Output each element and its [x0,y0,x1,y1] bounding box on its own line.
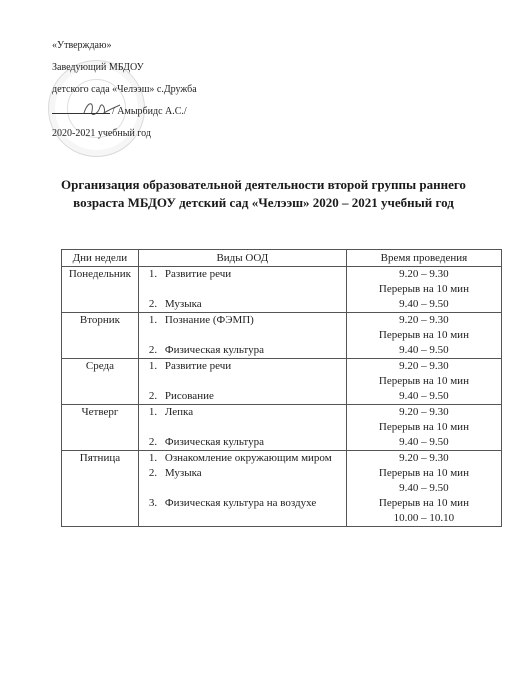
activity-number: 3. [149,496,165,511]
activity-name: Рисование [165,389,346,404]
signature-underline [52,103,110,114]
activity-number: 2. [149,466,165,481]
activity-name: Развитие речи [165,359,346,374]
document-title-line-1: Организация образовательной деятельности… [0,176,527,194]
break-label: Перерыв на 10 мин [347,496,501,511]
activity-list: 1.Лепка2.Физическая культура [139,405,346,450]
spacer [139,282,346,297]
activity-item: 1.Лепка [139,405,346,420]
activity-number: 1. [149,359,165,374]
table-row: Пятница1.Ознакомление окружающим миром2.… [62,451,502,527]
time-slot: 9.40 – 9.50 [347,435,501,450]
time-slot: 9.20 – 9.30 [347,359,501,374]
table-row: Вторник1.Познание (ФЭМП)2.Физическая кул… [62,313,502,359]
activity-number: 2. [149,343,165,358]
activity-name: Физическая культура [165,343,346,358]
day-cell: Пятница [62,451,139,527]
activity-item: 2.Рисование [139,389,346,404]
activities-cell: 1.Лепка2.Физическая культура [138,405,346,451]
activity-item: 1.Познание (ФЭМП) [139,313,346,328]
activity-item: 1.Ознакомление окружающим миром [139,451,346,466]
activity-item: 1.Развитие речи [139,267,346,282]
day-cell: Четверг [62,405,139,451]
approval-heading: «Утверждаю» [52,35,197,57]
approval-signatory: / Амырбидс А.С./ [112,106,187,117]
spacer [139,481,346,496]
table-row: Среда1.Развитие речи2.Рисование9.20 – 9.… [62,359,502,405]
activity-name: Познание (ФЭМП) [165,313,346,328]
activity-name: Ознакомление окружающим миром [165,451,346,466]
time-cell: 9.20 – 9.30Перерыв на 10 мин9.40 – 9.50 [346,267,501,313]
header-activities: Виды ООД [138,250,346,267]
time-slot: 9.20 – 9.30 [347,451,501,466]
time-cell: 9.20 – 9.30Перерыв на 10 мин9.40 – 9.50П… [346,451,501,527]
schedule-table: Дни недели Виды ООД Время проведения Пон… [61,249,502,527]
time-slot: 9.40 – 9.50 [347,481,501,496]
activity-number: 1. [149,405,165,420]
activity-list: 1.Развитие речи2.Музыка [139,267,346,312]
activity-number: 1. [149,267,165,282]
activities-cell: 1.Познание (ФЭМП)2.Физическая культура [138,313,346,359]
table-row: Четверг1.Лепка2.Физическая культура9.20 … [62,405,502,451]
activity-name: Физическая культура [165,435,346,450]
spacer [139,374,346,389]
time-cell: 9.20 – 9.30Перерыв на 10 мин9.40 – 9.50 [346,313,501,359]
activity-name: Развитие речи [165,267,346,282]
activity-name: Лепка [165,405,346,420]
spacer [139,328,346,343]
day-cell: Вторник [62,313,139,359]
time-slot: 9.20 – 9.30 [347,405,501,420]
table-row: Понедельник1.Развитие речи2.Музыка9.20 –… [62,267,502,313]
break-label: Перерыв на 10 мин [347,282,501,297]
activities-cell: 1.Развитие речи2.Рисование [138,359,346,405]
approval-year: 2020-2021 учебный год [52,123,197,145]
activities-cell: 1.Ознакомление окружающим миром2.Музыка3… [138,451,346,527]
activity-number: 2. [149,297,165,312]
activities-cell: 1.Развитие речи2.Музыка [138,267,346,313]
activity-item: 2.Музыка [139,466,346,481]
activity-number: 1. [149,451,165,466]
time-cell: 9.20 – 9.30Перерыв на 10 мин9.40 – 9.50 [346,405,501,451]
break-label: Перерыв на 10 мин [347,420,501,435]
time-slot: 9.20 – 9.30 [347,313,501,328]
activity-list: 1.Ознакомление окружающим миром2.Музыка3… [139,451,346,511]
activity-item: 3.Физическая культура на воздухе [139,496,346,511]
activity-list: 1.Развитие речи2.Рисование [139,359,346,404]
activity-number: 1. [149,313,165,328]
activity-number: 2. [149,435,165,450]
activity-number: 2. [149,389,165,404]
day-cell: Понедельник [62,267,139,313]
break-label: Перерыв на 10 мин [347,374,501,389]
table-header-row: Дни недели Виды ООД Время проведения [62,250,502,267]
schedule-body: Понедельник1.Развитие речи2.Музыка9.20 –… [62,267,502,527]
activity-item: 2.Музыка [139,297,346,312]
document-title-line-2: возраста МБДОУ детский сад «Челээш» 2020… [0,194,527,212]
approval-signature-line: / Амырбидс А.С./ [52,101,197,123]
activity-list: 1.Познание (ФЭМП)2.Физическая культура [139,313,346,358]
activity-item: 2.Физическая культура [139,435,346,450]
approval-position: Заведующий МБДОУ [52,57,197,79]
document-title: Организация образовательной деятельности… [0,176,527,212]
time-slot: 10.00 – 10.10 [347,511,501,526]
header-days: Дни недели [62,250,139,267]
time-slot: 9.40 – 9.50 [347,389,501,404]
activity-name: Физическая культура на воздухе [165,496,346,511]
time-cell: 9.20 – 9.30Перерыв на 10 мин9.40 – 9.50 [346,359,501,405]
activity-item: 1.Развитие речи [139,359,346,374]
day-cell: Среда [62,359,139,405]
break-label: Перерыв на 10 мин [347,328,501,343]
approval-organization: детского сада «Челээш» с.Дружба [52,79,197,101]
time-slot: 9.40 – 9.50 [347,297,501,312]
approval-block: «Утверждаю» Заведующий МБДОУ детского са… [52,35,197,145]
activity-name: Музыка [165,297,346,312]
time-slot: 9.20 – 9.30 [347,267,501,282]
break-label: Перерыв на 10 мин [347,466,501,481]
activity-item: 2.Физическая культура [139,343,346,358]
time-slot: 9.40 – 9.50 [347,343,501,358]
spacer [139,420,346,435]
activity-name: Музыка [165,466,346,481]
header-time: Время проведения [346,250,501,267]
